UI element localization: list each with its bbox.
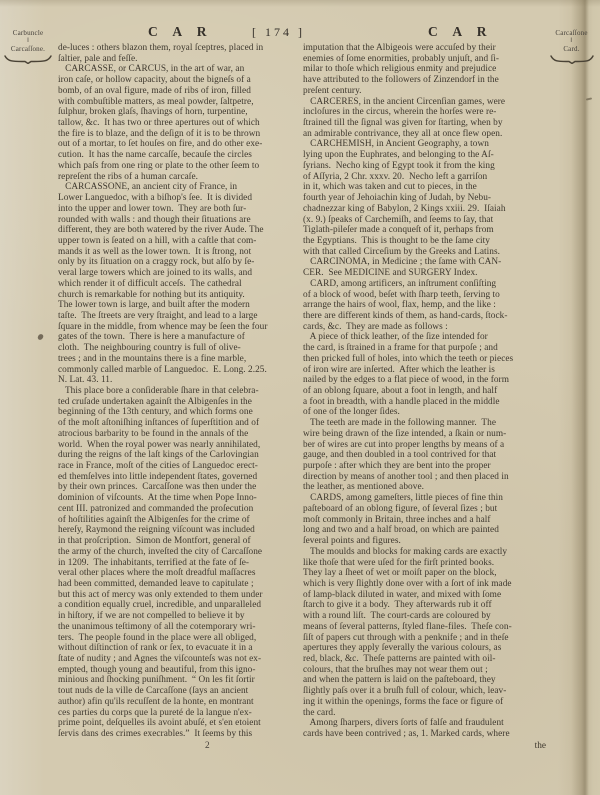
text-line: which paſs from one ring or plate to the… [58,161,298,172]
text-line: which is very ſlightly done over with a … [303,579,548,590]
text-line: ſiſt of papers cut through with a penkni… [303,633,548,644]
text-line: have attributed to the followers of Zinz… [303,75,548,86]
text-line: CARD, among artificers, an inſtrument co… [303,279,548,290]
text-line: cent III. patronized and commanded the p… [58,504,298,515]
text-line: The lower town is large, and built after… [58,300,298,311]
text-line: hereſy, Raymond the reigning viſcount wa… [58,525,298,536]
text-line: CARCERES, in the ancient Circenſian game… [303,97,548,108]
text-line: minious and ſhocking puniſhment. “ On le… [58,675,298,686]
text-line: of an oblong ſquare, about a foot in len… [303,386,548,397]
horizontal-brace-icon [550,55,594,64]
text-line: which render it of difficult acceſs. The… [58,279,298,290]
catchword: the [508,741,546,751]
text-line: atrocious barbarity to be found in the a… [58,429,298,440]
text-line: chadnezzar king of Babylon, 2 Kings xxii… [303,204,548,215]
text-line: cloth. The neighbouring country is full … [58,343,298,354]
text-line: ſtarch to give it a body. They afterward… [303,600,548,611]
text-line: arrange the hairs of wool, flax, hemp, a… [303,300,548,311]
text-line: and when the pattern is laid on the paſt… [303,675,548,686]
text-line: incloſures in the circus, wherein the ho… [303,107,548,118]
text-line: gates of the town. There is here a manuf… [58,332,298,343]
scanned-encyclopedia-page: C A R [ 174 ] C A R Carbuncle ‖ Carcaſſo… [0,0,600,795]
text-line: without diſtinction of rank or ſex, to e… [58,643,298,654]
text-line: cards, &c. They are made as follows : [303,322,548,333]
text-line: preſent century. [303,86,548,97]
text-line: tallow, &c. It has two or three aperture… [58,118,298,129]
text-line: race in France, moſt of the cities of La… [58,461,298,472]
text-line: tout nuds de la ville de Carcaſſone (ſay… [58,686,298,697]
margin-note-right-top: Carcaſſone [545,29,598,38]
text-line: in it, which was taken and cut to pieces… [303,182,548,193]
text-column-left: de-luces : others blazon them, royal ſce… [58,43,298,740]
margin-note-left-bottom: Carcaſſone. [1,45,55,54]
text-line: long and two and a half broad, on which … [303,525,548,536]
text-line: ters. The people found in the place were… [58,633,298,644]
text-line: milar to thoſe which religious enmity an… [303,64,548,75]
text-line: a condition equally cruel, incredible, a… [58,600,298,611]
text-line: world. When the royal power was nearly a… [58,440,298,451]
text-line: iron caſe, or hollow capacity, about the… [58,75,298,86]
text-line: upper town is ſeated on a hill, with a c… [58,236,298,247]
text-line: This place bore a conſiderable ſhare in … [58,386,298,397]
text-line: ſyrians. Necho king of Egypt took it fro… [303,161,548,172]
text-line: apertures they apply ſeverally the vario… [303,643,548,654]
text-line: CARCASSONE, an ancient city of France, i… [58,182,298,193]
text-line: ſlightly paſs over it a bruſh full of co… [303,686,548,697]
text-line: CARCHEMISH, in Ancient Geography, a town [303,139,548,150]
text-line: then pricked full of holes, into which t… [303,354,548,365]
text-line: of a block of wood, beſet with ſharp tee… [303,290,548,301]
text-line: ces parties du corps que la pureté de la… [58,708,298,719]
text-line: a foot in breadth, with a handle placed … [303,397,548,408]
margin-note-right: Carcaſſone ‖ Card. [545,29,598,64]
text-line: like thoſe that were uſed for the firſt … [303,558,548,569]
text-line: there are different kinds of them, as ha… [303,311,548,322]
text-line: author) afin qu'ils recuſſent de la hont… [58,697,298,708]
text-line: the card. [303,708,548,719]
page-top-edge-shadow [0,0,600,7]
text-line: The moulds and blocks for making cards a… [303,547,548,558]
text-line: fourth year of Jehoiachin king of Judah,… [303,193,548,204]
text-line: in 1209. The inhabitants, terrified at t… [58,558,298,569]
text-line: with a round liſt. The court-cards are c… [303,611,548,622]
text-line: rounded with walls : and though their ſi… [58,215,298,226]
text-line: ſtrained till the ſignal was given for ſ… [303,118,548,129]
text-line: the leather, as mentioned above. [303,482,548,493]
text-line: mands it as well as the lower town. It i… [58,247,298,258]
page-number: [ 174 ] [252,25,305,40]
text-line: with that called Circeſium by the Greeks… [303,247,548,258]
text-line: of Aſſyria, 2 Chr. xxxv. 20. Necho left … [303,172,548,183]
text-line: CARDS, among gameſters, little pieces of… [303,493,548,504]
text-line: into the upper and lower town. They are … [58,204,298,215]
text-line: veral other places where the moſt dreadf… [58,568,298,579]
text-line: Among ſharpers, divers ſorts of falſe an… [303,718,548,729]
text-line: of iron wire are inſerted. After which t… [303,365,548,376]
text-line: bomb, of an oval figure, made of ribs of… [58,86,298,97]
text-line: during the reigns of the laſt kings of t… [58,450,298,461]
text-line: the Egyptians. This is thought to be the… [303,236,548,247]
book-gutter-shadow [558,0,600,795]
text-line: ſtate of nudity ; and Agnes the viſcount… [58,654,298,665]
text-line: colours, that the bruſhes may not wear t… [303,665,548,676]
text-line: in that proſcription. Simon de Montfort,… [58,536,298,547]
text-line: an admirable contrivance, they all at on… [303,129,548,140]
text-line: cards have been contrived ; as, 1. Marke… [303,729,548,740]
text-line: moſt commonly in Britain, three inches a… [303,515,548,526]
running-title-right: C A R [428,24,493,40]
text-line: veral large towers which are joined to i… [58,268,298,279]
text-line: the army of the church, inveſted the cit… [58,547,298,558]
text-line: the card, is ſtrained in a frame for tha… [303,343,548,354]
text-line: only by its ſituation on a craggy rock, … [58,257,298,268]
text-line: commonly called marble of Languedoc. E. … [58,365,298,376]
text-line: ſervis dans des crimes execrables.” It ſ… [58,729,298,740]
text-line: trees ; and in the mountains there is a … [58,354,298,365]
text-line: direction by means of another tool ; and… [303,472,548,483]
text-line: means of ſeveral patterns, ſtyled flane-… [303,622,548,633]
page-left-margin-shading [0,0,56,795]
text-line: ber of wires are cut into proper lengths… [303,440,548,451]
text-line: in hiſtory, if we are not compelled to b… [58,611,298,622]
text-line: cution. It has the name carcaſſe, becauſ… [58,150,298,161]
text-line: ſulphur, broken glaſs, ſhavings of horn,… [58,107,298,118]
text-line: ſquare in the middle, from whence may be… [58,322,298,333]
text-line: ſeveral points and figures. [303,536,548,547]
text-line: the unanimous teſtimony of all the cotem… [58,622,298,633]
text-line: dominion of viſcounts. At the time when … [58,493,298,504]
text-line: enemies of ſome enormities, probably unj… [303,54,548,65]
ink-speck [37,333,44,341]
text-line: with combuſtible matters, as meal powder… [58,97,298,108]
text-line: prime point, deſquelles ils avoint abuſé… [58,718,298,729]
text-line: different, they are both watered by the … [58,225,298,236]
text-line: imputation that the Albigeois were accuſ… [303,43,548,54]
text-line: empted, though young and beautiful, from… [58,665,298,676]
ink-speck [586,97,592,100]
margin-note-right-bottom: Card. [545,45,598,54]
text-line: ing it within the openings, forms the fa… [303,697,548,708]
margin-note-left: Carbuncle ‖ Carcaſſone. [1,29,55,64]
text-line: church is remarkable for nothing but its… [58,290,298,301]
text-line: (x. 9.) ſpeaks of Carchemiſh, and ſeems … [303,215,548,226]
text-line: by their own princes. Carcaſſone was the… [58,482,298,493]
text-line: of hoſtilities againſt the Albigenſes fo… [58,515,298,526]
running-title-left: C A R [148,24,213,40]
text-line: N. Lat. 43. 11. [58,375,298,386]
text-line: ed themſelves into little independent ſt… [58,472,298,483]
text-line: wire being drawn of the ſize intended, a… [303,429,548,440]
running-head: C A R [ 174 ] C A R [0,24,600,44]
text-line: The teeth are made in the following mann… [303,418,548,429]
article-range-separator: ‖ [545,38,598,45]
text-line: out of a mortar, to ſet houſes on fire, … [58,139,298,150]
text-line: of the moſt aſtoniſhing inſtances of ſup… [58,418,298,429]
text-line: but this act of mercy was only extended … [58,590,298,601]
text-column-right: imputation that the Albigeois were accuſ… [303,43,548,740]
text-line: CER. See MEDICINE and SURGERY Index. [303,268,548,279]
text-line: They lay a ſheet of wet or moiſt paper o… [303,568,548,579]
text-line: ted cruſade undertaken againſt the Albig… [58,397,298,408]
text-line: CARCINOMA, in Medicine ; the ſame with C… [303,257,548,268]
text-line: of lamp-black diluted in water, and mixe… [303,590,548,601]
text-line: taſte. The ſtreets are very ſtraight, an… [58,311,298,322]
text-line: had been committed, demanded leave to ca… [58,579,298,590]
text-line: lying upon the Euphrates, and belonging … [303,150,548,161]
text-line: Tiglath-pileſer made a conqueſt of it, p… [303,225,548,236]
margin-note-left-top: Carbuncle [1,29,55,38]
text-line: paſteboard of an oblong figure, of ſever… [303,504,548,515]
text-line: purpoſe : after which they are bent into… [303,461,548,472]
horizontal-brace-icon [4,55,52,64]
text-line: A piece of thick leather, of the ſize in… [303,332,548,343]
text-line: gauge, and then doubled in a tool contri… [303,450,548,461]
article-range-separator: ‖ [1,38,55,45]
signature-mark: 2 [205,741,210,751]
text-line: of one of the longer ſides. [303,407,548,418]
text-line: beginning of the 13th century, and which… [58,407,298,418]
text-line: nailed by the edges to a flat piece of w… [303,375,548,386]
text-line: red, black, &c. Theſe patterns are paint… [303,654,548,665]
text-line: repreſent the ribs of a human carcaſe. [58,172,298,183]
text-line: Lower Languedoc, with a biſhop's ſee. It… [58,193,298,204]
text-line: the fire is to blaze, and the deſign of … [58,129,298,140]
text-line: CARCASSE, or CARCUS, in the art of war, … [58,64,298,75]
text-line: ſaltier, pale and feſſe. [58,54,298,65]
text-line: de-luces : others blazon them, royal ſce… [58,43,298,54]
